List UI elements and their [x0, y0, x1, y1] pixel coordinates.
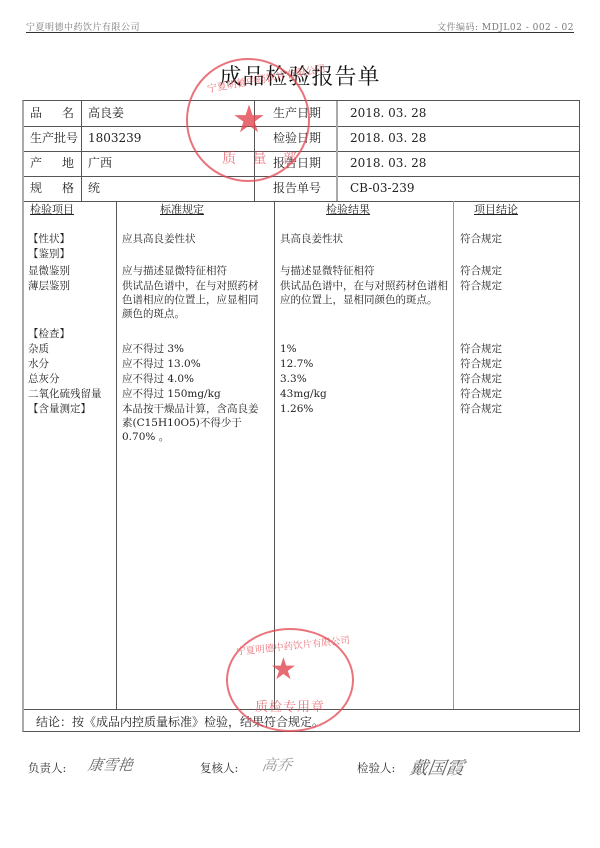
inspector-signature: 戴国霞: [408, 754, 466, 780]
row-standard: 应不得过 150mg/kg: [122, 387, 268, 401]
row-conclusion: 符合规定: [460, 264, 502, 278]
company-name: 宁夏明德中药饮片有限公司: [26, 20, 140, 33]
stamp-center-text: 质 量 部: [222, 148, 303, 168]
row-standard: 供试品色谱中，在与对照药材色谱相应的位置上，应显相同颜色的斑点。: [122, 279, 268, 321]
row-standard: 应与描述显微特征相符: [122, 264, 268, 278]
row-conclusion: 符合规定: [460, 357, 502, 371]
stamp-star-icon: ★: [232, 100, 266, 138]
report-date-value: 2018. 03. 28: [336, 151, 582, 176]
row-item: 【含量测定】: [28, 402, 91, 416]
label-char: 产: [30, 151, 42, 176]
row-item: 显微鉴别: [28, 264, 70, 278]
row-conclusion: 符合规定: [460, 387, 502, 401]
inspection-date-value: 2018. 03. 28: [336, 126, 582, 151]
label-char: 地: [62, 151, 74, 176]
batch-label: 生产批号: [24, 126, 82, 151]
row-item: 杂质: [28, 342, 49, 356]
label-char: 名: [62, 101, 74, 126]
row-result: 具高良姜性状: [280, 232, 448, 246]
label-char: 品: [30, 101, 42, 126]
row-item: 薄层鉴别: [28, 279, 70, 293]
info-row-spec: 规格 统 报告单号 CB-03-239: [24, 176, 579, 202]
row-result: 1.26%: [280, 402, 448, 416]
inspector-label: 检验人:: [357, 760, 395, 776]
header-item: 检验项目: [30, 201, 74, 217]
column-divider: [116, 201, 117, 709]
header-conclusion: 项目结论: [474, 201, 518, 217]
label-char: 规: [30, 176, 42, 201]
row-conclusion: 符合规定: [460, 372, 502, 386]
row-result: 12.7%: [280, 357, 448, 371]
row-standard: 本品按干燥品计算，含高良姜素(C15H10O5)不得少于 0.70% 。: [122, 402, 268, 444]
row-conclusion: 符合规定: [460, 279, 502, 293]
product-name-value: 高良姜: [82, 101, 254, 126]
row-item: 水分: [28, 357, 49, 371]
row-result: 43mg/kg: [280, 387, 448, 401]
row-item: 总灰分: [28, 372, 60, 386]
row-standard: 应具高良姜性状: [122, 232, 268, 246]
header-standard: 标准规定: [160, 201, 204, 217]
row-item: 【鉴别】: [28, 247, 70, 261]
row-item: 【检查】: [28, 327, 70, 341]
column-divider: [274, 201, 275, 709]
production-date-value: 2018. 03. 28: [336, 101, 582, 126]
responsible-label: 负责人:: [28, 760, 66, 776]
stamp-star-icon: ★: [270, 655, 297, 685]
page-header: 宁夏明德中药饮片有限公司 文件编码: MDJL02 - 002 - 02: [26, 20, 574, 33]
row-conclusion: 符合规定: [460, 342, 502, 356]
label-char: 格: [62, 176, 74, 201]
header-result: 检验结果: [326, 201, 370, 217]
spec-value: 统: [82, 176, 254, 201]
report-number-label: 报告单号: [254, 176, 336, 201]
row-standard: 应不得过 4.0%: [122, 372, 268, 386]
row-item: 二氧化硫残留量: [28, 387, 102, 401]
column-divider: [453, 201, 454, 709]
document-number: 文件编码: MDJL02 - 002 - 02: [437, 20, 574, 33]
row-conclusion: 符合规定: [460, 232, 502, 246]
reviewer-label: 复核人:: [200, 760, 238, 776]
responsible-signature: 康雪艳: [87, 754, 135, 775]
row-result: 供试品色谱中，在与对照药材色谱相应的位置上，显相同颜色的斑点。: [280, 279, 448, 307]
row-conclusion: 符合规定: [460, 402, 502, 416]
row-standard: 应不得过 13.0%: [122, 357, 268, 371]
row-item: 【性状】: [28, 232, 70, 246]
row-result: 与描述显微特征相符: [280, 264, 448, 278]
stamp-center-text: 质检专用章: [255, 696, 325, 715]
report-number-value: CB-03-239: [336, 176, 582, 201]
row-result: 1%: [280, 342, 448, 356]
info-row-product-name: 品名 高良姜 生产日期 2018. 03. 28: [24, 101, 579, 127]
production-date-label: 生产日期: [254, 101, 336, 126]
reviewer-signature: 高乔: [261, 754, 294, 775]
row-standard: 应不得过 3%: [122, 342, 268, 356]
row-result: 3.3%: [280, 372, 448, 386]
